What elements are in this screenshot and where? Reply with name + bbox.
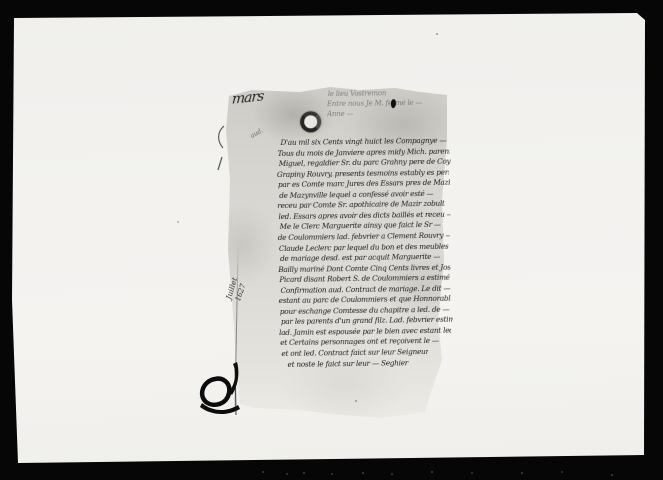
manuscript-line: D'au mil six Cents vingt huict les Compa… <box>280 135 446 147</box>
photograph-frame: mars le lieu Vostremon Entre nous Je M. … <box>0 0 663 480</box>
month-annotation: mars <box>231 89 264 108</box>
manuscript-line: Miguel, regaldier Sr. du parc Grahny per… <box>279 156 451 168</box>
dust-speck <box>177 221 179 223</box>
manuscript-line: Picard disant Robert S. de Coulommiers a… <box>279 272 450 284</box>
dust-speck <box>436 33 438 35</box>
manuscript-line: et ont led. Contract faict sur leur Seig… <box>281 346 428 358</box>
corner-annotation: aud. <box>249 127 264 139</box>
manuscript-line: et noste le faict sur leur — Seghier <box>287 357 408 368</box>
notary-seal-ring-icon <box>300 111 321 132</box>
header-line: Anne — <box>327 110 353 118</box>
dust-speck <box>355 400 357 402</box>
margin-bracket-mark <box>215 124 229 172</box>
header-line: le lieu Vostremon <box>328 89 387 98</box>
manuscript-line: de Coulommiers lad. febvrier a Clement R… <box>278 230 450 242</box>
manuscript-content: mars le lieu Vostremon Entre nous Je M. … <box>222 83 452 422</box>
manuscript-line: de mariage desd. est par acquit Margueri… <box>280 251 440 263</box>
dust-specks-row <box>0 469 2 471</box>
ink-blot-flourish <box>193 361 247 417</box>
header-line: Entre nous Je M. fermé le — <box>327 99 422 108</box>
manuscript-line: par es Comte marc Jures des Essars pres … <box>278 177 450 189</box>
